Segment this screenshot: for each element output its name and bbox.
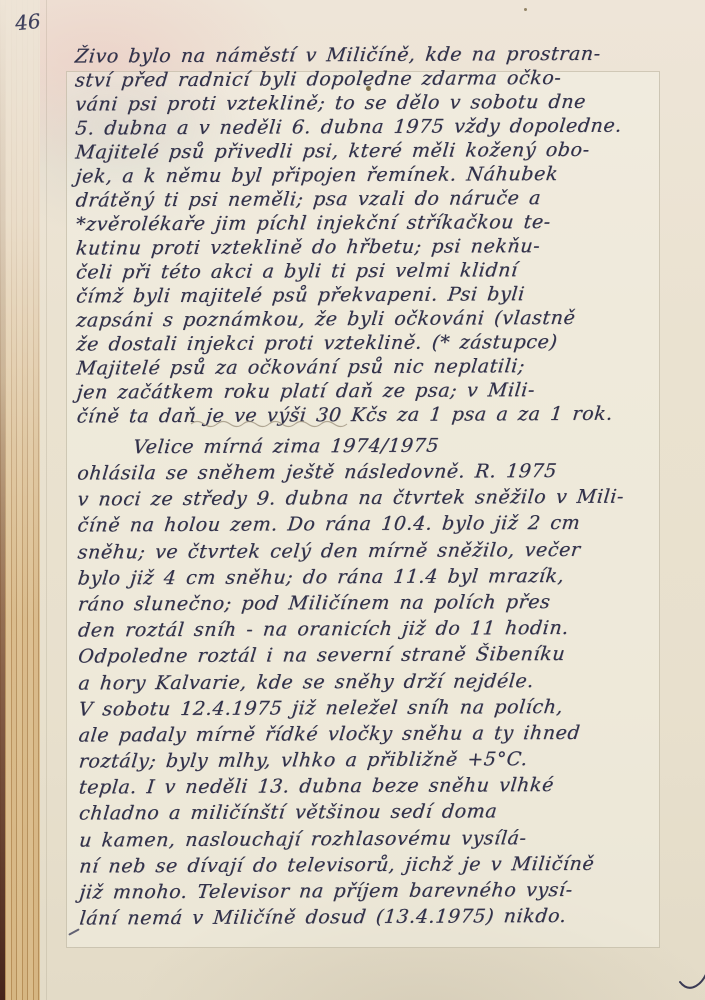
book-cover-sliver	[0, 0, 5, 1000]
wavy-underline	[190, 420, 348, 428]
handwritten-line: tepla. I v neděli 13. dubna beze sněhu v…	[78, 772, 666, 801]
handwritten-line: Majitelé psů za očkování psů nic neplati…	[75, 353, 662, 380]
book-binding-edge	[0, 0, 40, 1000]
handwritten-line: V sobotu 12.4.1975 již neležel sníh na p…	[77, 693, 665, 722]
handwritten-line: u kamen, naslouchají rozhlasovému vysílá…	[78, 824, 666, 853]
handwritten-line: sněhu; ve čtvrtek celý den mírně sněžilo…	[76, 536, 664, 565]
chronicle-page: 46 Živo bylo na náměstí v Miličíně, kde …	[0, 0, 705, 1000]
handwritten-line: lání nemá v Miličíně dosud (13.4.1975) n…	[78, 903, 666, 932]
paper-speck	[366, 86, 371, 91]
handwritten-line: váni psi proti vzteklině; to se dělo v s…	[74, 89, 661, 116]
handwritten-line: a hory Kalvarie, kde se sněhy drží nejdé…	[77, 667, 665, 696]
handwritten-line: drátěný ti psi neměli; psa vzali do náru…	[75, 185, 662, 212]
handwritten-line: Majitelé psů přivedli psi, které měli ko…	[74, 137, 661, 164]
page-number: 46	[14, 9, 42, 36]
handwritten-line: kutinu proti vzteklině do hřbetu; psi ne…	[75, 233, 662, 260]
handwritten-line: čeli při této akci a byli ti psi velmi k…	[75, 257, 662, 284]
handwritten-line: v noci ze středy 9. dubna na čtvrtek sně…	[76, 484, 664, 513]
handwritten-line: den roztál sníh - na oranicích již do 11…	[77, 615, 665, 644]
paragraph-dog-vaccination: Živo bylo na náměstí v Miličíně, kde na …	[74, 41, 661, 428]
handwritten-line: zapsáni s poznámkou, že byli očkováni (v…	[75, 305, 662, 332]
paper-speck	[524, 8, 527, 11]
handwritten-line: ale padaly mírně řídké vločky sněhu a ty…	[77, 719, 665, 748]
handwritten-line: ohlásila se sněhem ještě následovně. R. …	[76, 457, 664, 486]
handwritten-line: číně ta daň je ve výši 30 Kčs za 1 psa a…	[76, 401, 663, 428]
handwritten-line: číně na holou zem. Do rána 10.4. bylo ji…	[76, 510, 664, 539]
paper-crease	[46, 0, 47, 1000]
handwritten-line: již mnoho. Televisor na příjem barevného…	[78, 876, 666, 905]
handwritten-line: ní neb se dívají do televisorů, jichž je…	[78, 850, 666, 879]
handwritten-line: jen začátkem roku platí daň ze psa; v Mi…	[76, 377, 663, 404]
handwriting-block: Živo bylo na náměstí v Miličíně, kde na …	[74, 41, 664, 931]
handwritten-line: Živo bylo na náměstí v Miličíně, kde na …	[74, 41, 661, 68]
handwritten-line: čímž byli majitelé psů překvapeni. Psi b…	[75, 281, 662, 308]
handwritten-line: ráno slunečno; pod Miličínem na polích p…	[77, 588, 665, 617]
handwritten-line: že dostali injekci proti vzteklině. (* z…	[75, 329, 662, 356]
handwritten-line: chladno a miličínští většinou sedí doma	[78, 798, 666, 827]
handwritten-line: Odpoledne roztál i na severní straně Šib…	[77, 641, 665, 670]
handwritten-line: roztály; byly mlhy, vlhko a přibližně +5…	[78, 746, 666, 775]
handwritten-line: *zvěrolékaře jim píchl injekční stříkačk…	[75, 209, 662, 236]
handwritten-line: jek, a k němu byl připojen řemínek. Náhu…	[74, 161, 661, 188]
section-heading: Velice mírná zima 1974/1975	[132, 431, 664, 460]
handwritten-line: bylo již 4 cm sněhu; do rána 11.4 byl mr…	[77, 562, 665, 591]
paragraph-mild-winter: ohlásila se sněhem ještě následovně. R. …	[76, 457, 663, 931]
pen-mark-bottom-right-icon	[678, 966, 705, 992]
handwritten-line: 5. dubna a v neděli 6. dubna 1975 vždy d…	[74, 113, 661, 140]
